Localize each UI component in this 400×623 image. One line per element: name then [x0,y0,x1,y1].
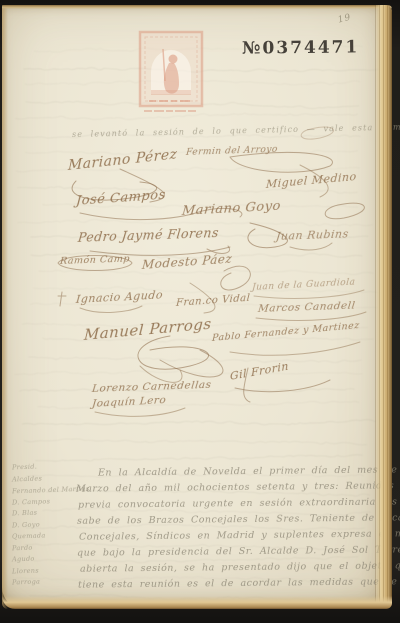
bleedthrough-line [35,455,362,461]
signature: Mariano Goyo [181,199,281,219]
rubric-flourish [138,336,209,369]
signature: Marcos Canadell [257,300,356,315]
body-text-line: que bajo la presidencia del Sr. Alcalde … [77,544,400,559]
margin-note: Llorens [12,566,39,575]
manuscript-page: №0374471 19 se levantó la sesión de lo q… [2,5,392,609]
margin-note: Quemada [12,531,46,540]
margin-note: D. Blas [12,509,38,518]
signature: Ramón Camp [59,254,130,267]
signature: Fermin del Arroyo [185,145,278,158]
margin-note: Presid. [12,463,37,472]
signature: Ignacio Agudo [75,288,163,306]
rubric-flourish [160,350,223,377]
signature: Fran.co Vidal [176,293,251,309]
signature: Juan de la Guardiola [252,278,356,293]
revenue-stamp [138,30,204,114]
bleedthrough-line [30,594,370,601]
signature: Pedro Jaymé Florens [77,225,220,245]
closing-line-handwriting: se levantó la sesión de lo que certifico… [72,122,400,139]
bleedthrough-line [37,401,359,408]
bleedthrough-line [15,113,357,119]
bleedthrough-line [29,357,362,363]
margin-note: D. Campos [12,497,50,506]
body-text-line: previa convocatoria urgente en sesión ex… [78,496,400,511]
rubric-flourish [290,243,332,250]
stamp-figure-graphic [138,30,204,114]
serial-number-stamp: №0374471 [242,37,359,58]
signature: Pablo Fernandez y Martinez [212,320,360,344]
rubric-flourish [235,380,330,392]
rubric-flourish [221,266,251,290]
bleedthrough-line [18,219,373,225]
margin-note: Agudo [12,555,35,564]
bleedthrough-line [24,439,367,445]
scanned-document-view: №0374471 19 se levantó la sesión de lo q… [0,0,400,623]
margin-note: D. Goyo [12,520,40,529]
page-edge-bottom [2,596,392,609]
bleedthrough-line [22,420,375,425]
signature: Juan Rubins [275,227,349,243]
signature: Joaquín Lero [91,394,166,410]
bleedthrough-line [17,187,357,194]
rubric-flourish [325,203,364,219]
rubric-flourish [95,408,185,416]
signature: Miguel Medino [266,170,357,191]
rubric-flourish [230,342,360,355]
body-text-line: Concejales, Síndicos en Madrid y suplent… [79,528,400,543]
signature: Lorenzo Carnedellas [91,379,212,395]
page-edge-top [2,5,392,9]
signature: Modesto Páez [142,252,233,272]
body-text-line: En la Alcaldía de Novelda el primer día … [98,464,398,478]
signature: Manuel Parrogs [84,315,213,344]
bleedthrough-line [14,371,362,375]
signature: Mariano Pérez [68,146,178,174]
signature: José Campos [75,188,166,209]
signature: Gil Frorin [230,360,289,383]
body-text-line: abierta la sesión, se ha presentado dijo… [80,560,400,574]
folio-page-number: 19 [337,13,352,26]
rubric-flourish [58,292,66,306]
body-text-line: tiene esta reunión es el de acordar las … [78,576,397,590]
bleedthrough-line [39,270,374,275]
margin-note: Alcaldes [12,474,42,483]
margin-note: Parroga [12,578,40,587]
body-text-line: sabe de los Brazos Concejales los Sres. … [77,512,400,527]
margin-note: Pardo [12,543,33,552]
rubric-flourish [80,306,142,312]
page-edge-left [2,5,8,609]
body-text-line: Marzo del año mil ochocientos setenta y … [76,480,394,494]
